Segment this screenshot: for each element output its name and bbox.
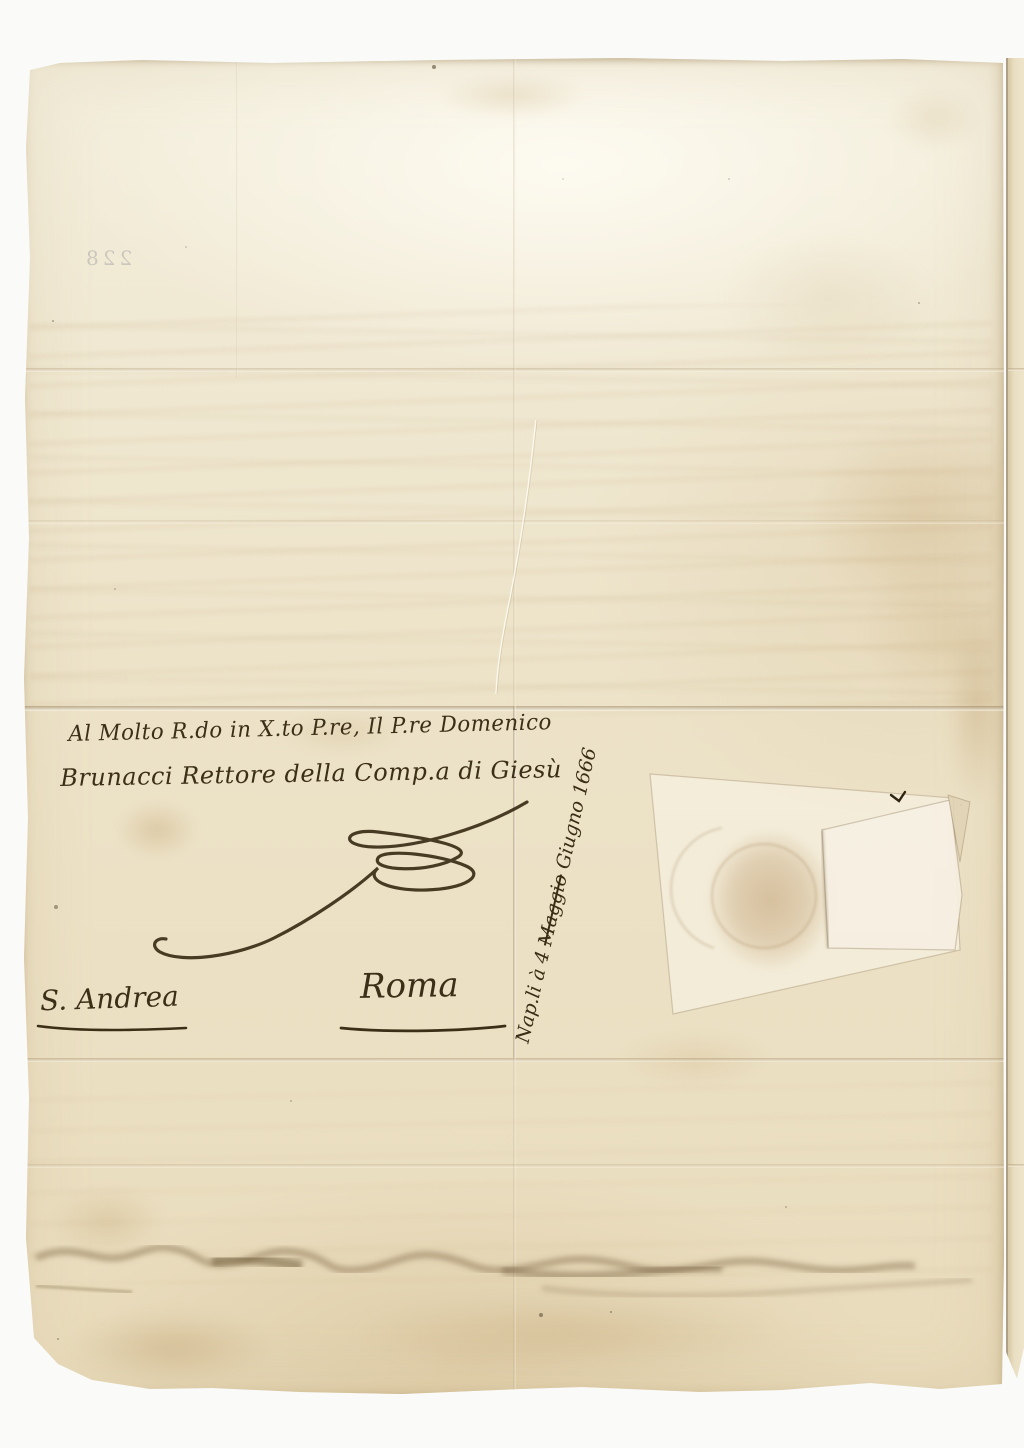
fold-crease-horizontal xyxy=(1008,1164,1024,1167)
ink-check-mark xyxy=(891,792,905,801)
fold-crease-horizontal xyxy=(22,520,1004,524)
letter-sheet: 228 Al Molto R.do in X.to P.re, Il P.re … xyxy=(22,58,1004,1395)
origin-underline xyxy=(38,1026,186,1030)
stain xyxy=(352,1296,782,1371)
fold-crease-horizontal xyxy=(22,706,1004,711)
stain xyxy=(947,613,1007,803)
stain xyxy=(277,710,407,755)
paper-crack xyxy=(496,420,537,694)
seal-wax-stain xyxy=(706,828,834,972)
text-showthrough-upper xyxy=(30,304,992,716)
destination-underline xyxy=(341,1026,505,1031)
fold-crease-vertical xyxy=(236,58,238,378)
postal-date-suffix: Giugno 1666 xyxy=(550,746,601,877)
fold-crease-horizontal xyxy=(22,1058,1004,1062)
postal-date-prefix: Nap.li à 4 xyxy=(512,943,556,1045)
ink-bleedthrough-line xyxy=(36,1247,972,1295)
text-showthrough-lower xyxy=(30,1074,992,1284)
fold-crease-vertical xyxy=(513,58,516,1395)
stain xyxy=(72,1310,272,1385)
postal-date-struck-month: Maggio xyxy=(534,872,572,948)
archival-number-showthrough: 228 xyxy=(82,246,132,270)
origin-label: S. Andrea xyxy=(39,980,179,1018)
ink-decoration-layer xyxy=(22,58,1004,1395)
seal-wax-ring xyxy=(712,844,816,948)
stain xyxy=(812,418,1024,608)
torn-paper-flap xyxy=(822,800,962,950)
address-line-2: Brunacci Rettore della Comp.a di Giesù xyxy=(60,755,562,792)
adjacent-page-edge xyxy=(1006,58,1024,1392)
ink-speckles xyxy=(22,58,24,60)
scan-background: 228 Al Molto R.do in X.to P.re, Il P.re … xyxy=(0,0,1024,1448)
stain xyxy=(437,73,587,118)
fold-crease-horizontal xyxy=(22,1164,1004,1168)
fold-crease-horizontal xyxy=(22,368,1004,372)
seal-patch-outline xyxy=(650,774,960,1014)
stain xyxy=(50,1186,165,1258)
flap-corner-fold xyxy=(948,795,970,862)
flap-shadow-edge xyxy=(822,830,828,948)
stain xyxy=(722,233,932,363)
flourish-paraph xyxy=(155,802,527,958)
fold-crease-vertical xyxy=(513,706,516,1058)
destination-label: Roma xyxy=(360,965,459,1007)
postal-date-note: Nap.li à 4 Maggio Giugno 1666 xyxy=(512,746,605,1046)
stain xyxy=(117,801,197,859)
stain xyxy=(887,86,982,151)
stain xyxy=(862,558,1024,708)
fold-crease-horizontal xyxy=(1008,368,1024,371)
stain xyxy=(620,1033,770,1088)
seal-wax-ring-outer xyxy=(671,828,722,948)
seal-area xyxy=(650,774,970,1014)
address-line-1: Al Molto R.do in X.to P.re, Il P.re Dome… xyxy=(68,710,552,747)
